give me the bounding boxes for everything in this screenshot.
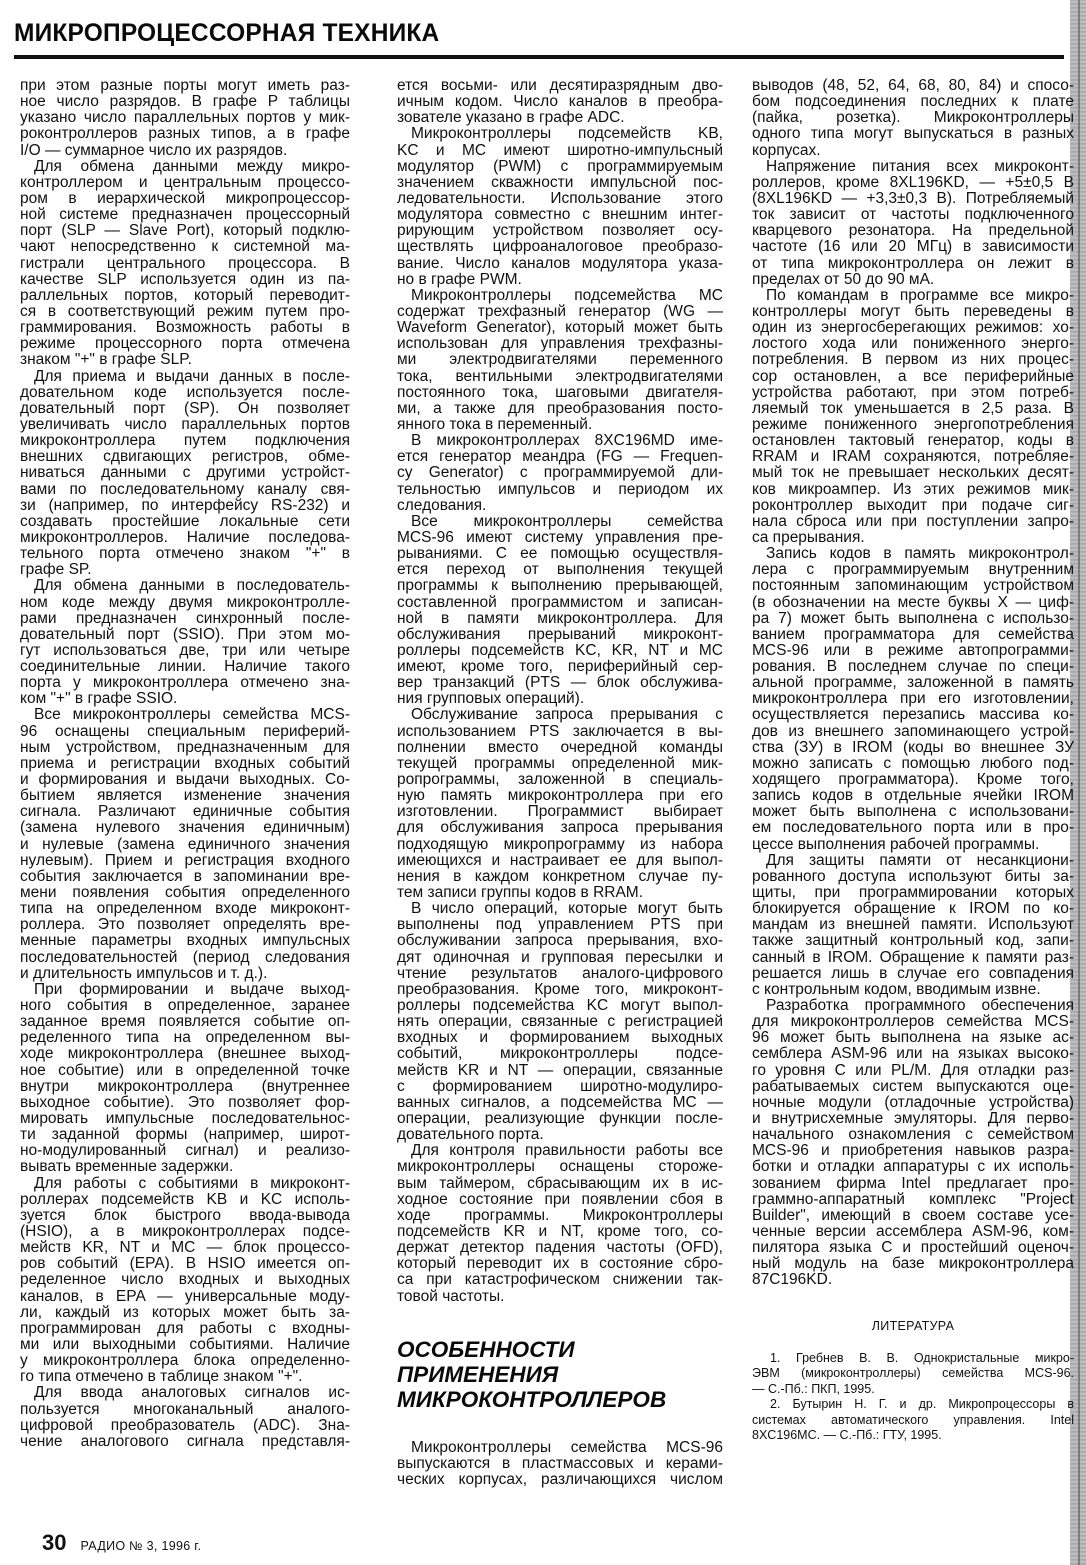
- text-line: 96 оснащены специальным периферий-: [20, 724, 350, 740]
- text-line: граммно-аппаратный комплекс "Project: [752, 1192, 1074, 1208]
- paragraph: Для обмена данными в последователь-ном к…: [20, 578, 350, 707]
- text-line: нения в каждом конкретном случае пу-: [397, 869, 723, 885]
- text-line: бытием является изменение значения: [20, 788, 350, 804]
- text-line: роллера. Это позволяет определять вре-: [20, 917, 350, 933]
- text-line: дов из внешнего запоминающего устрой-: [752, 724, 1074, 740]
- text-line: ной системе предназначен процессорный: [20, 207, 350, 223]
- text-line: зованием фирма Intel предлагает про-: [752, 1176, 1074, 1192]
- text-line: ном коде между двумя микроконтролле-: [20, 595, 350, 611]
- text-line: мейств KR, NT и MC — блок процессо-: [20, 1240, 350, 1256]
- text-line: пользуется многоканальный аналого-: [20, 1402, 350, 1418]
- text-line: для обслуживания запроса прерывания: [397, 820, 723, 836]
- paragraph: При формировании и выдаче выход-ного соб…: [20, 982, 350, 1176]
- text-line: мени появления события определенного: [20, 885, 350, 901]
- text-line: корпусах.: [752, 143, 1074, 159]
- text-line: зователе указано в графе ADC.: [397, 110, 723, 126]
- text-line: ходное состояние при появлении сбоя в: [397, 1192, 723, 1208]
- text-line: микроконтроллера путем подключения: [20, 433, 350, 449]
- text-line: от типа микроконтроллера он лежит в: [752, 256, 1074, 272]
- text-line: заданное время появляется событие оп-: [20, 1014, 350, 1030]
- text-line: микроконтроллера при его изготовлении,: [752, 691, 1074, 707]
- text-line: начального ознакомления с семейством: [752, 1127, 1074, 1143]
- text-line: довательном коде используется после-: [20, 385, 350, 401]
- text-line: довательный порт (SSIO). При этом мо-: [20, 627, 350, 643]
- text-line: ределенного типа на определенном вы-: [20, 1030, 350, 1046]
- text-line: знаком "+" в графе SLP.: [20, 352, 350, 368]
- text-line: ным устройством, предназначенным для: [20, 740, 350, 756]
- text-line: са прерывания.: [752, 530, 1074, 546]
- text-line: MCS-96 или в режиме автопрограмми-: [752, 643, 1074, 659]
- text-line: обслуживании запроса прерывания, вхо-: [397, 933, 723, 949]
- paragraph: Микроконтроллеры подсемейства MCсодержат…: [397, 288, 723, 433]
- text-line: микроконтроллеров. Наличие последова-: [20, 530, 350, 546]
- text-line: вание. Число каналов модулятора указа-: [397, 256, 723, 272]
- text-line: семблера ASM-96 или на языках высоко-: [752, 1046, 1074, 1062]
- text-line: остановлен тактовый генератор, коды в: [752, 433, 1074, 449]
- text-line: преобразования. Кроме того, микроконт-: [397, 982, 723, 998]
- text-line: цессе выполнения рабочей программы.: [752, 837, 1074, 853]
- paragraph: Для работы с событиями в микроконт-ролле…: [20, 1176, 350, 1386]
- paragraph: Для приема и выдачи данных в после-доват…: [20, 369, 350, 579]
- text-line: 87C196KD.: [752, 1272, 1074, 1288]
- text-line: программирован для работы с входны-: [20, 1321, 350, 1337]
- text-line: ной в памяти микроконтроллера. Для: [397, 611, 723, 627]
- text-line: графе SP.: [20, 562, 350, 578]
- text-line: пределах от 50 до 90 мА.: [752, 272, 1074, 288]
- paragraph: Для защиты памяти от несанкциони-рованно…: [752, 853, 1074, 998]
- text-line: тока, вентильными электродвигателями: [397, 369, 723, 385]
- text-line: Напряжение питания всех микроконт-: [752, 159, 1074, 175]
- text-line: нулевым). Прием и регистрация входного: [20, 853, 350, 869]
- text-line: полнении вместо очередной команды: [397, 740, 723, 756]
- text-line: Разработка программного обеспечения: [752, 998, 1074, 1014]
- column-3: выводов (48, 52, 64, 68, 80, 84) и спосо…: [752, 78, 1074, 1444]
- text-line: бом подсоединения последних к плате: [752, 94, 1074, 110]
- text-line: По командам в программе все микро-: [752, 288, 1074, 304]
- text-line: выходное событие). Это позволяет фор-: [20, 1095, 350, 1111]
- text-line: обслуживания прерываний микроконт-: [397, 627, 723, 643]
- text-line: ботки и отладки аппаратуры с их исполь-: [752, 1159, 1074, 1175]
- text-line: ток зависит от частоты подключенного: [752, 207, 1074, 223]
- text-line: ванных сигналов, а подсемейства MC —: [397, 1095, 723, 1111]
- text-line: решается лишь в случае его совпадения: [752, 966, 1074, 982]
- paragraph: Все микроконтроллеры семействаMCS-96 име…: [397, 514, 723, 708]
- text-line: ком "+" в графе SSIO.: [20, 691, 350, 707]
- text-line: ную память микроконтроллера при его: [397, 788, 723, 804]
- text-line: изготовлении. Программист выбирает: [397, 804, 723, 820]
- text-line: ния групповых операций).: [397, 691, 723, 707]
- text-line: тем записи группы кодов в RRAM.: [397, 885, 723, 901]
- text-line: у микроконтроллера блока определенно-: [20, 1353, 350, 1369]
- text-line: ледовательности. Использование этого: [397, 191, 723, 207]
- text-line: нала сброса или при поступлении запро-: [752, 514, 1074, 530]
- text-line: может быть выполнена с использовани-: [752, 804, 1074, 820]
- text-line: зуется блок быстрого ввода-вывода: [20, 1208, 350, 1224]
- text-line: роллеры подсемейства KC могут выпол-: [397, 998, 723, 1014]
- text-line: блокируется обращение к IROM по ко-: [752, 901, 1074, 917]
- text-line: янного тока в переменный.: [397, 417, 723, 433]
- text-line: ра 7) может быть выполнена с использо-: [752, 611, 1074, 627]
- text-line: раллельных портов, который переводит-: [20, 288, 350, 304]
- text-line: осуществляется перезапись массива ко-: [752, 707, 1074, 723]
- text-line: го типа отмечено в таблице знаком "+".: [20, 1369, 350, 1385]
- text-line: роконтроллеров разных типов, а в графе: [20, 126, 350, 142]
- reference-item: 2. Бутырин Н. Г. и др. Микропроцессоры в…: [752, 1397, 1074, 1444]
- text-line: который переводит их в состояние сбро-: [397, 1256, 723, 1272]
- text-line: сигнала. Различают единичные события: [20, 804, 350, 820]
- paragraph: Для контроля правильности работы всемикр…: [397, 1143, 723, 1304]
- text-line: лостого хода или пониженного энерго-: [752, 336, 1074, 352]
- references-heading: ЛИТЕРАТУРА: [752, 1319, 1074, 1333]
- text-line: режиме процессорного порта отмечена: [20, 336, 350, 352]
- text-line: подходящую микропрограмму из набора: [397, 837, 723, 853]
- text-line: значением скважности импульсной пос-: [397, 175, 723, 191]
- text-line: модулятора совместно с внешним интег-: [397, 207, 723, 223]
- text-line: Микроконтроллеры подсемейств KB,: [397, 126, 723, 142]
- text-line: вер транзакций (PTS — блок обслужива-: [397, 675, 723, 691]
- text-line: RRAM и IRAM сохраняются, потребляе-: [752, 449, 1074, 465]
- paragraph: Обслуживание запроса прерывания сиспольз…: [397, 707, 723, 901]
- paragraph: ется восьми- или десятиразрядным дво-ичн…: [397, 78, 723, 126]
- text-line: MCS-96 и приобретения навыков разра-: [752, 1143, 1074, 1159]
- text-line: KC и MC имеют широтно-импульсный: [397, 143, 723, 159]
- text-line: постоянного тока, шаговыми двигателя-: [397, 385, 723, 401]
- scan-edge-line: [1078, 0, 1080, 1565]
- text-line: щиты, при программировании которых: [752, 885, 1074, 901]
- text-line: но-модулированный сигнал) и реализо-: [20, 1143, 350, 1159]
- text-line: пилятора языка C и простейший оценоч-: [752, 1240, 1074, 1256]
- text-line: и длительность импульсов и т. д.).: [20, 966, 350, 982]
- reference-line: 2. Бутырин Н. Г. и др. Микропроцессоры в: [752, 1397, 1074, 1413]
- text-line: лера с программируемым внутренним: [752, 562, 1074, 578]
- text-line: ределенное число входных и выходных: [20, 1272, 350, 1288]
- page-footer: 30 РАДИО № 3, 1996 г.: [42, 1530, 201, 1556]
- text-line: сор остановлен, а все периферийные: [752, 369, 1074, 385]
- text-line: выпускаются в пластмассовых и керами-: [397, 1456, 723, 1472]
- paragraph: Разработка программного обеспечениядля м…: [752, 998, 1074, 1289]
- text-line: и формирования и выдачи выходных. Со-: [20, 772, 350, 788]
- reference-line: ЭВМ (микроконтроллеры) семейства MCS-96.: [752, 1366, 1074, 1382]
- issue-info: РАДИО № 3, 1996 г.: [80, 1539, 201, 1553]
- text-line: увеличивать число параллельных портов: [20, 417, 350, 433]
- text-line: гистрали центрального процессора. В: [20, 256, 350, 272]
- text-line: держат детектор падения частоты (OFD),: [397, 1240, 723, 1256]
- text-line: ванием программатора для семейства: [752, 627, 1074, 643]
- text-line: (в обозначении на месте буквы X — циф-: [752, 595, 1074, 611]
- section-heading-line: МИКРОКОНТРОЛЛЕРОВ: [397, 1387, 723, 1412]
- text-line: ром в иерархической микропроцессор-: [20, 191, 350, 207]
- text-line: MCS-96 имеют систему управления пре-: [397, 530, 723, 546]
- text-line: приема и регистрации входных событий: [20, 756, 350, 772]
- text-line: Для защиты памяти от несанкциони-: [752, 853, 1074, 869]
- text-line: Для контроля правильности работы все: [397, 1143, 723, 1159]
- text-line: В число операций, которые могут быть: [397, 901, 723, 917]
- text-line: операции, реализующие функции после-: [397, 1111, 723, 1127]
- text-line: Для обмена данными между микро-: [20, 159, 350, 175]
- text-line: подсемейств KR и NT, кроме того, со-: [397, 1224, 723, 1240]
- text-line: порт (SLP — Slave Port), который подклю-: [20, 223, 350, 239]
- text-line: ного события в определенное, заранее: [20, 998, 350, 1014]
- text-line: ми электродвигателями переменного: [397, 352, 723, 368]
- text-line: можно записать с помощью любого под-: [752, 756, 1074, 772]
- section-heading-line: ОСОБЕННОСТИ: [397, 1337, 723, 1362]
- text-line: Запись кодов в память микроконтрол-: [752, 546, 1074, 562]
- text-line: но в графе PWM.: [397, 272, 723, 288]
- text-line: также защитный контрольный код, запи-: [752, 933, 1074, 949]
- text-line: ропрограммы, заложенной в специаль-: [397, 772, 723, 788]
- text-line: альной программе, заложенной в память: [752, 675, 1074, 691]
- text-line: При формировании и выдаче выход-: [20, 982, 350, 998]
- text-line: один из энергосберегающих режимов: хо-: [752, 320, 1074, 336]
- text-line: кварцевого резонатора. На предельной: [752, 223, 1074, 239]
- text-line: Для обмена данными в последователь-: [20, 578, 350, 594]
- text-line: выводов (48, 52, 64, 68, 80, 84) и спосо…: [752, 78, 1074, 94]
- text-line: Для приема и выдачи данных в после-: [20, 369, 350, 385]
- text-line: выполнены под управлением PTS при: [397, 917, 723, 933]
- text-line: указано число параллельных портов у мик-: [20, 110, 350, 126]
- text-line: контроллеры могут быть переведены в: [752, 304, 1074, 320]
- text-line: Все микроконтроллеры семейства MCS-: [20, 707, 350, 723]
- text-line: зи (например, по интерфейсу RS-232) и: [20, 498, 350, 514]
- text-line: потребления. В первом из них процес-: [752, 352, 1074, 368]
- text-line: ночные модули (отладочные устройства): [752, 1095, 1074, 1111]
- text-line: цифровой преобразователь (ADC). Зна-: [20, 1418, 350, 1434]
- reference-line: системах автоматического управления. Int…: [752, 1413, 1074, 1429]
- text-line: ли, каждый из которых может быть за-: [20, 1305, 350, 1321]
- text-line: устройства работают, при этом потреб-: [752, 385, 1074, 401]
- text-line: содержат трехфазный генератор (WG —: [397, 304, 723, 320]
- text-line: ное число разрядов. В графе P таблицы: [20, 94, 350, 110]
- text-line: запись кодов в отдельные ячейки IROM: [752, 788, 1074, 804]
- text-line: ный модуль на базе микроконтроллера: [752, 1256, 1074, 1272]
- text-line: ходе микроконтроллера (внешнее выход-: [20, 1046, 350, 1062]
- text-line: для микроконтроллеров семейства MCS-: [752, 1014, 1074, 1030]
- column-2: ется восьми- или десятиразрядным дво-ичн…: [397, 78, 723, 1488]
- text-line: нять операции, связанные с регистрацией: [397, 1014, 723, 1030]
- text-line: ется генератор меандра (FG — Frequen-: [397, 449, 723, 465]
- text-line: использованием PTS заключается в вы-: [397, 724, 723, 740]
- text-line: микроконтроллеры оснащены стороже-: [397, 1159, 723, 1175]
- text-line: ниваться данными с другими устройст-: [20, 465, 350, 481]
- text-line: рабатываемых систем выпускаются оце-: [752, 1079, 1074, 1095]
- text-line: внешних сдвигающих регистров, обме-: [20, 449, 350, 465]
- text-line: cy Generator) с программируемой дли-: [397, 465, 723, 481]
- text-line: событий, микроконтроллеры подсе-: [397, 1046, 723, 1062]
- paragraph: Микроконтроллеры подсемейств KB,KC и MC …: [397, 126, 723, 287]
- text-line: роконтроллер выходит при подаче сиг-: [752, 498, 1074, 514]
- text-line: следования.: [397, 498, 723, 514]
- text-line: создавать простейшие локальные сети: [20, 514, 350, 530]
- text-line: Для работы с событиями в микроконт-: [20, 1176, 350, 1192]
- section-heading: ОСОБЕННОСТИПРИМЕНЕНИЯМИКРОКОНТРОЛЛЕРОВ: [397, 1337, 723, 1412]
- text-line: рываниями. С ее помощью осуществля-: [397, 546, 723, 562]
- text-line: граммирования. Возможность работы в: [20, 320, 350, 336]
- text-line: имеют, кроме того, периферийный сер-: [397, 659, 723, 675]
- text-line: Waveform Generator), который может быть: [397, 320, 723, 336]
- column-1: при этом разные порты могут иметь раз-но…: [20, 78, 350, 1450]
- text-line: ми или выходными событиями. Наличие: [20, 1337, 350, 1353]
- text-line: рованного доступа используют биты за-: [752, 869, 1074, 885]
- text-line: режиме пониженного энергопотребления: [752, 417, 1074, 433]
- text-line: частоте (16 или 20 МГц) в зависимости: [752, 239, 1074, 255]
- paragraph: Запись кодов в память микроконтрол-лера …: [752, 546, 1074, 853]
- text-line: ется переход от выполнения текущей: [397, 562, 723, 578]
- text-line: ходящего программатора). Кроме того,: [752, 772, 1074, 788]
- text-line: и нулевые (замена единичного значения: [20, 837, 350, 853]
- text-line: вывать временные задержки.: [20, 1159, 350, 1175]
- text-line: с формированием широтно-модулиро-: [397, 1079, 723, 1095]
- text-line: порта у микроконтроллера отмечено зна-: [20, 675, 350, 691]
- text-line: ров событий (EPA). В HSIO имеется оп-: [20, 1256, 350, 1272]
- text-line: роллеров, кроме 8XL196KD, — +5±0,5 В: [752, 175, 1074, 191]
- text-line: использован для управления трехфазны-: [397, 336, 723, 352]
- text-line: ществлять цифроаналоговое преобразо-: [397, 239, 723, 255]
- text-line: программы к выполнению прерывающей,: [397, 578, 723, 594]
- text-line: ется восьми- или десятиразрядным дво-: [397, 78, 723, 94]
- text-line: ное событие) или в определенной точке: [20, 1063, 350, 1079]
- paragraph: По командам в программе все микро-контро…: [752, 288, 1074, 546]
- text-line: довательный порт (SP). Он позволяет: [20, 401, 350, 417]
- text-line: Обслуживание запроса прерывания с: [397, 707, 723, 723]
- text-line: каналов, в EPA — универсальные моду-: [20, 1289, 350, 1305]
- text-line: дят одиночная и групповая пересылки и: [397, 950, 723, 966]
- reference-line: 8XC196MC. — С.-Пб.: ГТУ, 1995.: [752, 1428, 1074, 1444]
- text-line: (замена нулевого значения единичным): [20, 820, 350, 836]
- text-line: при этом разные порты могут иметь раз-: [20, 78, 350, 94]
- paragraph: Микроконтроллеры семейства MCS-96выпуска…: [397, 1440, 723, 1488]
- text-line: рами предназначен синхронный после-: [20, 611, 350, 627]
- text-line: ичным кодом. Число каналов в преобра-: [397, 94, 723, 110]
- paragraph: Для обмена данными между микро-контролле…: [20, 159, 350, 369]
- text-line: Все микроконтроллеры семейства: [397, 514, 723, 530]
- text-line: чают непосредственно к системной ма-: [20, 239, 350, 255]
- text-line: качестве SLP используется один из па-: [20, 272, 350, 288]
- paragraph: Для ввода аналоговых сигналов ис-пользуе…: [20, 1385, 350, 1450]
- text-line: типа на определенном входе микроконт-: [20, 901, 350, 917]
- text-line: вами по последовательному каналу свя-: [20, 482, 350, 498]
- text-line: внутри микроконтроллера (внутреннее: [20, 1079, 350, 1095]
- text-line: ченные версии ассемблера ASM-96, ком-: [752, 1224, 1074, 1240]
- reference-item: 1. Гребнев В. В. Однокристальные микро-Э…: [752, 1351, 1074, 1398]
- text-line: текущей программы определенной мик-: [397, 756, 723, 772]
- text-line: контроллером и центральным процессо-: [20, 175, 350, 191]
- text-line: гут использоваться две, три или четыре: [20, 643, 350, 659]
- page-header: МИКРОПРОЦЕССОРНАЯ ТЕХНИКА: [14, 18, 1064, 48]
- text-line: мандам из внешней памяти. Используют: [752, 917, 1074, 933]
- reference-line: — С.-Пб.: ПКП, 1995.: [752, 1382, 1074, 1398]
- text-line: ходе программы. Микроконтроллеры: [397, 1208, 723, 1224]
- paragraph: при этом разные порты могут иметь раз-но…: [20, 78, 350, 159]
- text-line: (8XL196KD — +3,3±0,3 В). Потребляемый: [752, 191, 1074, 207]
- text-line: (пайка, розетка). Микроконтроллеры: [752, 110, 1074, 126]
- text-line: ми, а также для преобразования посто-: [397, 401, 723, 417]
- text-line: последовательностей (период следования: [20, 950, 350, 966]
- text-line: Микроконтроллеры семейства MCS-96: [397, 1440, 723, 1456]
- section-title: МИКРОПРОЦЕССОРНАЯ ТЕХНИКА: [14, 18, 1043, 48]
- paragraph: Напряжение питания всех микроконт-роллер…: [752, 159, 1074, 288]
- text-line: Микроконтроллеры подсемейства MC: [397, 288, 723, 304]
- paragraph: Все микроконтроллеры семейства MCS-96 ос…: [20, 707, 350, 981]
- text-line: ляемый ток уменьшается в 2,5 раза. В: [752, 401, 1074, 417]
- text-line: В микроконтроллерах 8XC196MD име-: [397, 433, 723, 449]
- text-line: ем последовательного порта или в про-: [752, 820, 1074, 836]
- text-line: го уровня C или PL/M. Для отладки раз-: [752, 1063, 1074, 1079]
- text-line: менные параметры входных импульсных: [20, 933, 350, 949]
- paragraph: В число операций, которые могут бытьвыпо…: [397, 901, 723, 1143]
- text-line: вым таймером, сбрасывающим их в ис-: [397, 1176, 723, 1192]
- text-line: роллерах подсемейств KB и KC исполь-: [20, 1192, 350, 1208]
- text-line: ти заданной формы (например, широт-: [20, 1127, 350, 1143]
- text-line: события заключается в запоминании вре-: [20, 869, 350, 885]
- text-line: тельного порта отмечено знаком "+" в: [20, 546, 350, 562]
- page-number: 30: [42, 1530, 66, 1556]
- text-line: модулятор (PWM) с программируемым: [397, 159, 723, 175]
- text-line: 96 может быть выполнена на языке ас-: [752, 1030, 1074, 1046]
- text-line: ства (ЗУ) в IROM (коды во внешнее ЗУ: [752, 740, 1074, 756]
- text-line: санный в IROM. Обращение к памяти раз-: [752, 950, 1074, 966]
- text-line: мировать импульсные последовательнос-: [20, 1111, 350, 1127]
- header-rule: [14, 55, 1064, 59]
- text-line: постоянным запоминающим устройством: [752, 578, 1074, 594]
- text-line: одного типа могут выпускаться в разных: [752, 126, 1074, 142]
- text-line: соединительные линии. Наличие такого: [20, 659, 350, 675]
- reference-line: 1. Гребнев В. В. Однокристальные микро-: [752, 1351, 1074, 1367]
- text-line: роллеры подсемейств KC, KR, NT и MC: [397, 643, 723, 659]
- text-line: составленной программистом и записан-: [397, 595, 723, 611]
- text-line: I/O — суммарное число их разрядов.: [20, 143, 350, 159]
- text-line: ческих корпусах, различающихся числом: [397, 1472, 723, 1488]
- text-line: ся в соответствующий режим путем про-: [20, 304, 350, 320]
- text-line: мейств KR и NT — операции, связанные: [397, 1063, 723, 1079]
- text-line: с контрольным кодом, вводимым извне.: [752, 982, 1074, 998]
- text-line: рирующим устройством позволяет осу-: [397, 223, 723, 239]
- text-line: довательного порта.: [397, 1127, 723, 1143]
- text-line: ков микроампер. Из этих режимов мик-: [752, 482, 1074, 498]
- text-line: мый ток не превышает нескольких десят-: [752, 465, 1074, 481]
- text-line: тельностью импульсов и периодом их: [397, 482, 723, 498]
- text-line: чтение результатов аналого-цифрового: [397, 966, 723, 982]
- text-line: Для ввода аналоговых сигналов ис-: [20, 1385, 350, 1401]
- text-line: входных и формированием выходных: [397, 1030, 723, 1046]
- text-line: чение аналогового сигнала представля-: [20, 1434, 350, 1450]
- text-line: товой частоты.: [397, 1289, 723, 1305]
- text-line: имеющихся и настраивает ее для выпол-: [397, 853, 723, 869]
- text-line: (HSIO), а в микроконтроллерах подсе-: [20, 1224, 350, 1240]
- text-line: рования. В последнем случае по специ-: [752, 659, 1074, 675]
- text-line: Builder", имеющий в своем составе усе-: [752, 1208, 1074, 1224]
- text-line: са при катастрофическом снижении так-: [397, 1272, 723, 1288]
- section-heading-line: ПРИМЕНЕНИЯ: [397, 1362, 723, 1387]
- paragraph: В микроконтроллерах 8XC196MD име-ется ге…: [397, 433, 723, 514]
- paragraph: выводов (48, 52, 64, 68, 80, 84) и спосо…: [752, 78, 1074, 159]
- text-line: и внутрисхемные эмуляторы. Для перво-: [752, 1111, 1074, 1127]
